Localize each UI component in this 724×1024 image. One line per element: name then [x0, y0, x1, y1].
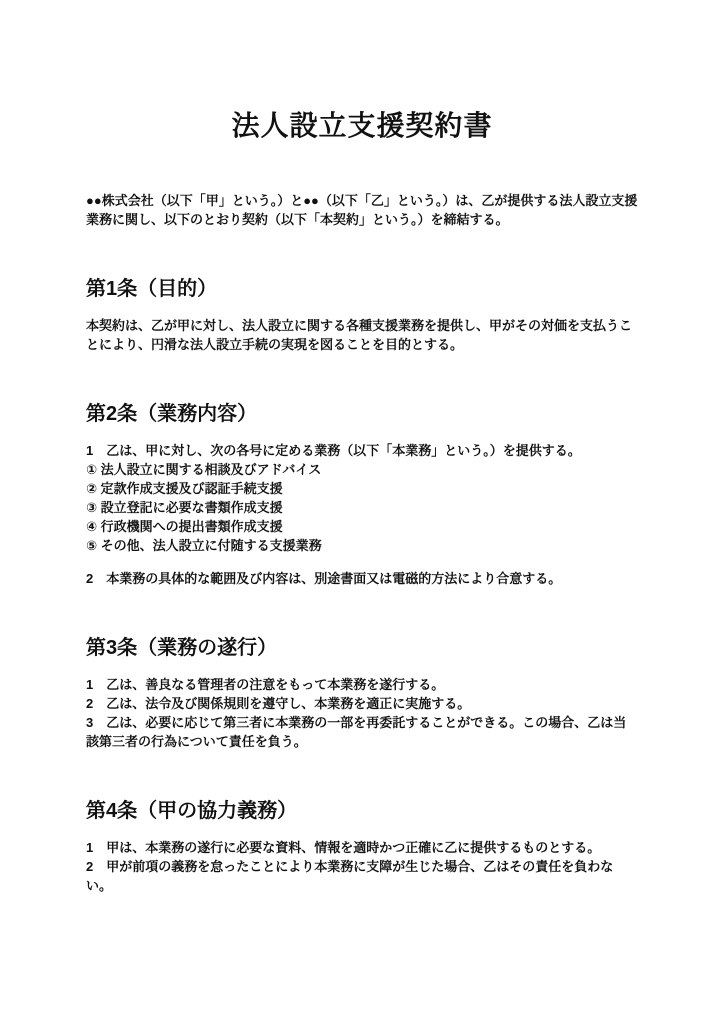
- article-1-clause-1: 本契約は、乙が甲に対し、法人設立に関する各種支援業務を提供し、甲がその対価を支払…: [86, 316, 638, 354]
- article-4-heading: 第4条（甲の協力義務）: [86, 799, 638, 823]
- article-4-clause-2: 2 甲が前項の義務を怠ったことにより本業務に支障が生じた場合、乙はその責任を負わ…: [86, 857, 638, 895]
- article-2-clause-1: 1 乙は、甲に対し、次の各号に定める業務（以下「本業務」という。）を提供する。: [86, 441, 638, 460]
- article-2-item-3: ③ 設立登記に必要な書類作成支援: [86, 498, 638, 517]
- article-2-item-5: ⑤ その他、法人設立に付随する支援業務: [86, 536, 638, 555]
- article-2-heading: 第2条（業務内容）: [86, 402, 638, 426]
- article-1-heading: 第1条（目的）: [86, 277, 638, 301]
- article-2-clause-2: 2 本業務の具体的な範囲及び内容は、別途書面又は電磁的方法により合意する。: [86, 569, 638, 588]
- article-4: 第4条（甲の協力義務） 1 甲は、本業務の遂行に必要な資料、情報を適時かつ正確に…: [86, 799, 638, 895]
- article-3-clause-1: 1 乙は、善良なる管理者の注意をもって本業務を遂行する。: [86, 675, 638, 694]
- article-3-heading: 第3条（業務の遂行）: [86, 636, 638, 660]
- article-2-item-2: ② 定款作成支援及び認証手続支援: [86, 479, 638, 498]
- document-title: 法人設立支援契約書: [86, 108, 638, 143]
- article-3: 第3条（業務の遂行） 1 乙は、善良なる管理者の注意をもって本業務を遂行する。 …: [86, 636, 638, 751]
- article-3-clause-2: 2 乙は、法令及び関係規則を遵守し、本業務を適正に実施する。: [86, 694, 638, 713]
- intro-paragraph: ●●株式会社（以下「甲」という。）と●●（以下「乙」という。）は、乙が提供する法…: [86, 191, 638, 229]
- article-1: 第1条（目的） 本契約は、乙が甲に対し、法人設立に関する各種支援業務を提供し、甲…: [86, 277, 638, 354]
- article-2: 第2条（業務内容） 1 乙は、甲に対し、次の各号に定める業務（以下「本業務」とい…: [86, 402, 638, 588]
- contract-document-page: 法人設立支援契約書 ●●株式会社（以下「甲」という。）と●●（以下「乙」という。…: [0, 0, 724, 1024]
- article-2-item-1: ① 法人設立に関する相談及びアドバイス: [86, 460, 638, 479]
- article-2-item-4: ④ 行政機関への提出書類作成支援: [86, 517, 638, 536]
- article-4-clause-1: 1 甲は、本業務の遂行に必要な資料、情報を適時かつ正確に乙に提供するものとする。: [86, 838, 638, 857]
- article-3-clause-3: 3 乙は、必要に応じて第三者に本業務の一部を再委託することができる。この場合、乙…: [86, 713, 638, 751]
